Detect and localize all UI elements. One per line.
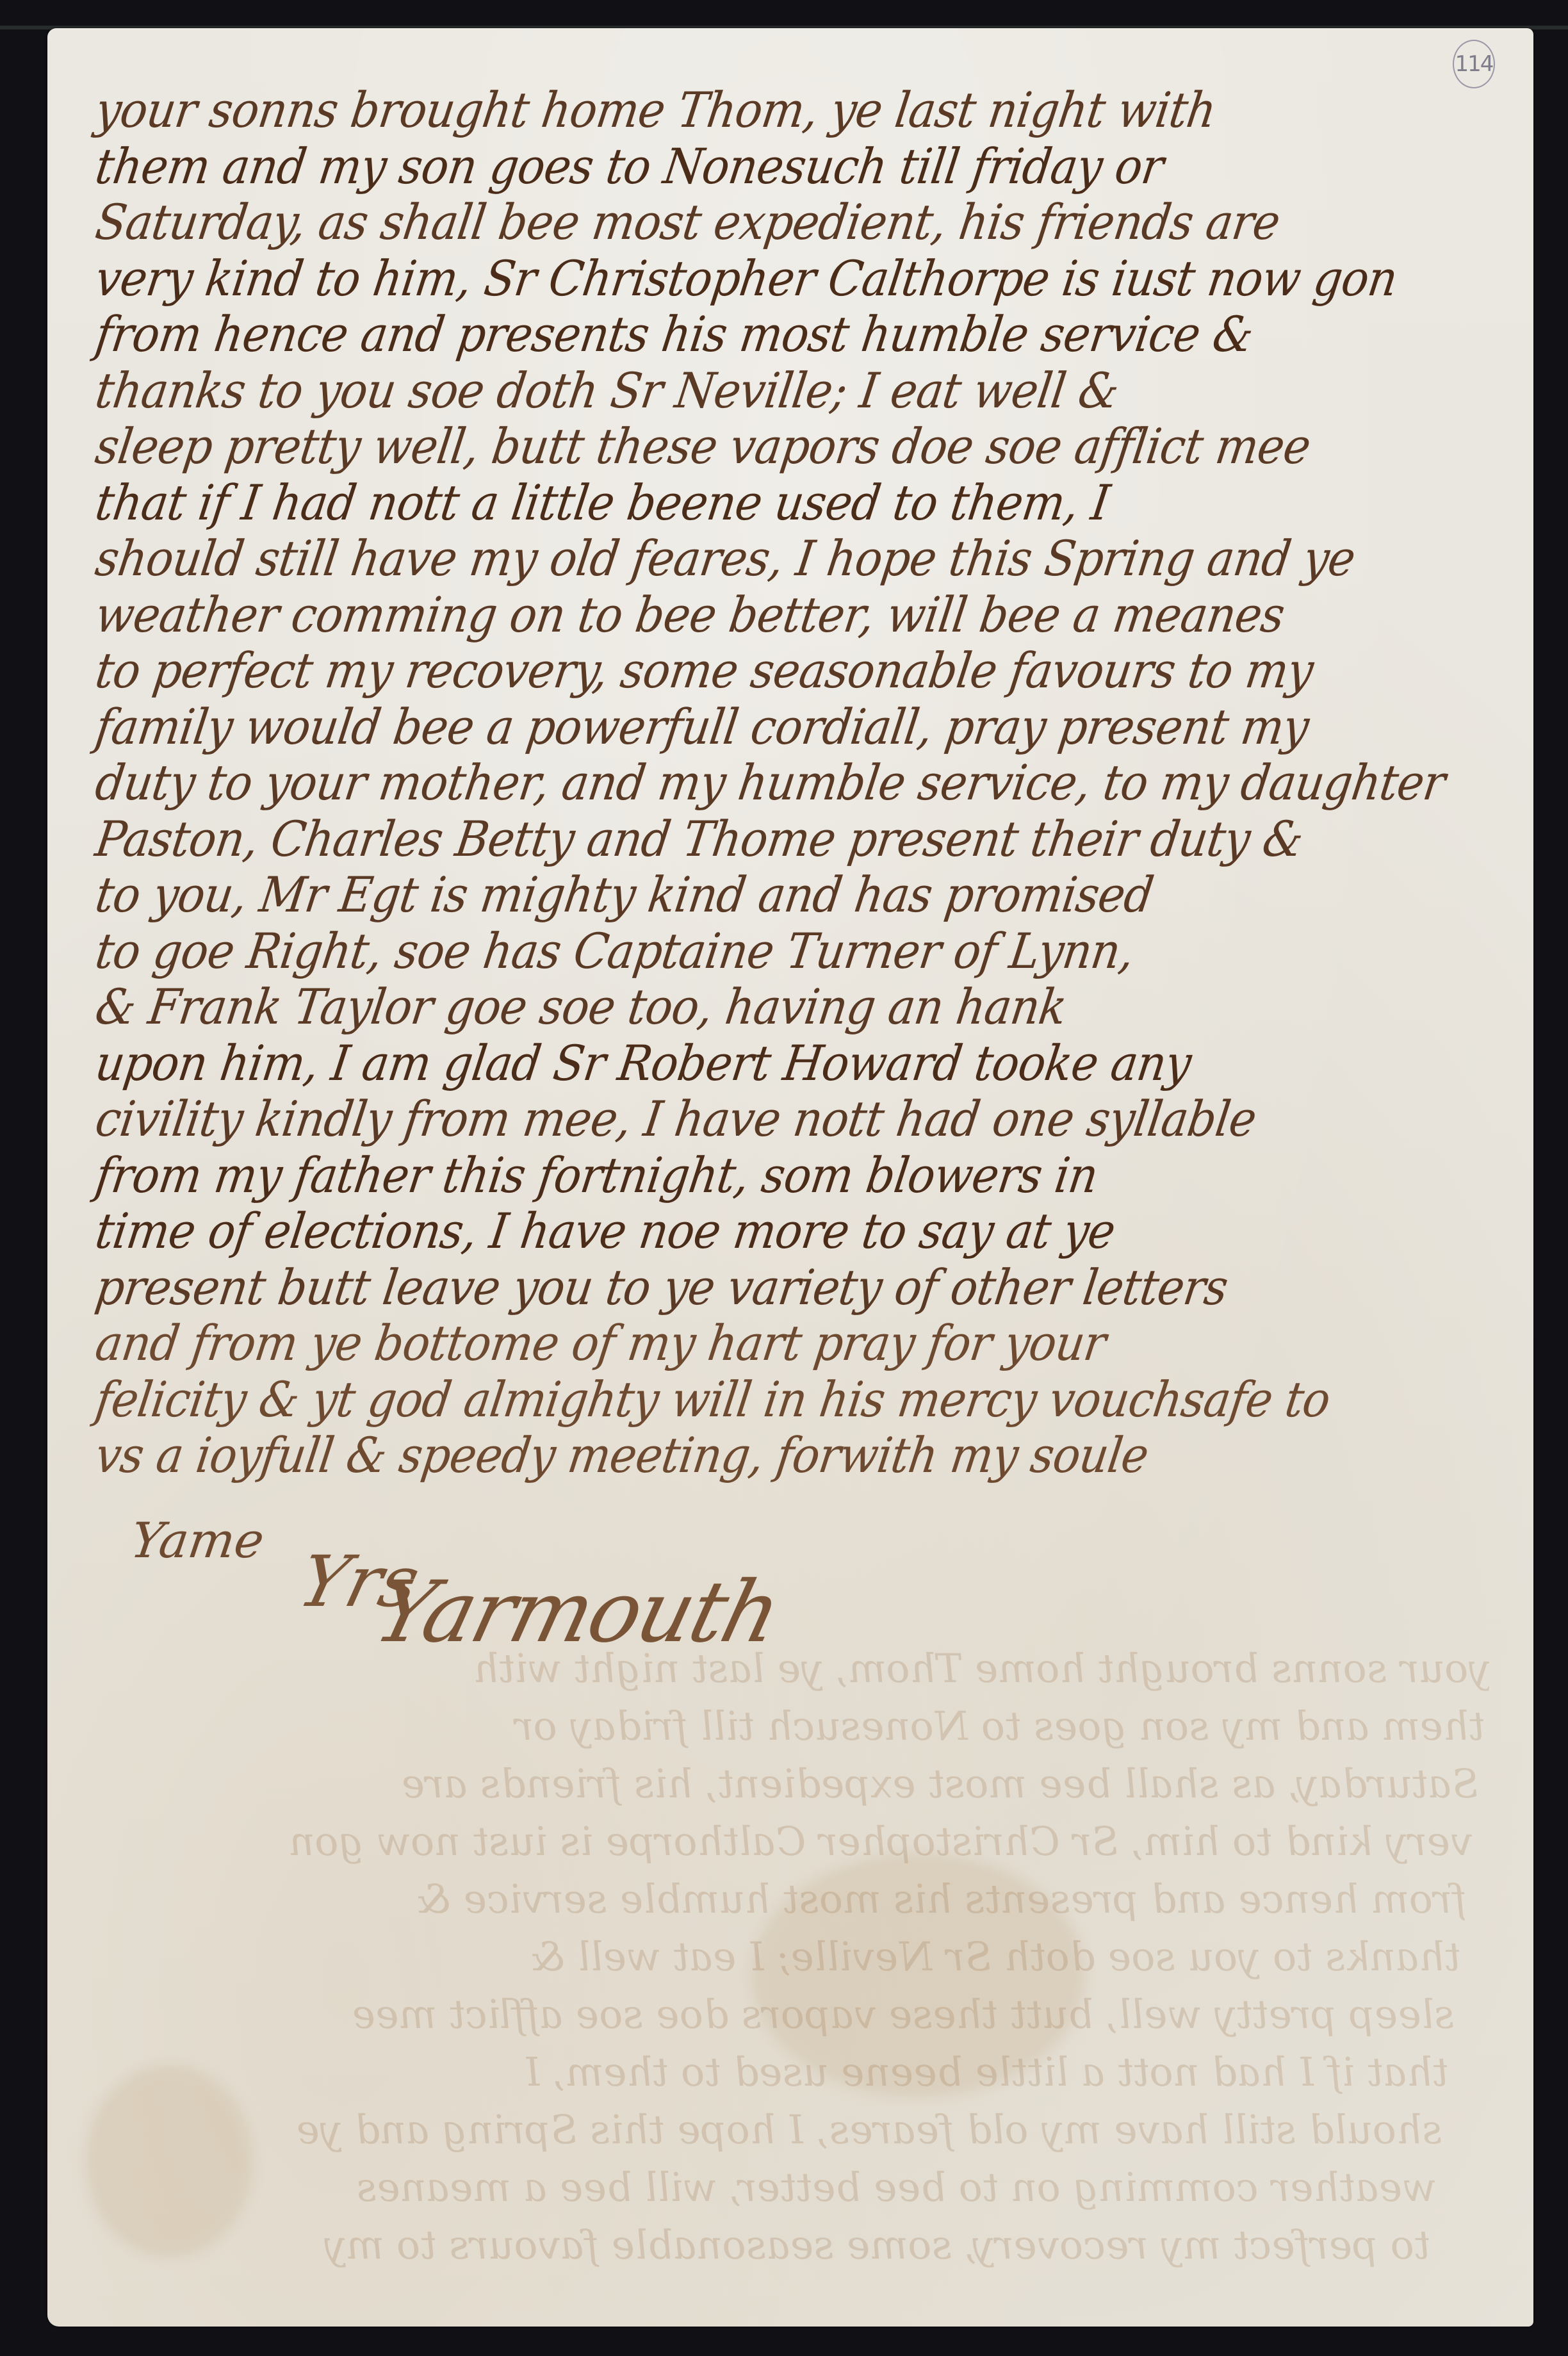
letter-line: to you, Mr Egt is mighty kind and has pr… <box>92 867 1420 923</box>
letter-line: weather comming on to bee better, will b… <box>92 587 1420 643</box>
letter-line: duty to your mother, and my humble servi… <box>92 755 1420 811</box>
letter-line: vs a ioyfull & speedy meeting, forwith m… <box>92 1427 1420 1484</box>
letter-line: Saturday, as shall bee most expedient, h… <box>92 194 1420 250</box>
letter-line: that if I had nott a little beene used t… <box>92 475 1420 531</box>
letter-line: sleep pretty well, butt these vapors doe… <box>92 418 1420 475</box>
letter-line: time of elections, I have noe more to sa… <box>92 1203 1420 1259</box>
ink-bleed-through: your sonns brought home Thom, ye last ni… <box>81 1640 1494 2280</box>
letter-line: Paston, Charles Betty and Thome present … <box>92 811 1420 867</box>
letter-line: from my father this fortnight, som blowe… <box>92 1147 1420 1204</box>
letter-body: your sonns brought home Thom, ye last ni… <box>96 82 1531 1484</box>
letter-line: present butt leave you to ye variety of … <box>92 1259 1420 1316</box>
letter-line: to goe Right, soe has Captaine Turner of… <box>92 923 1420 979</box>
letter-line: them and my son goes to Nonesuch till fr… <box>92 138 1420 195</box>
letter-line: family would bee a powerfull cordiall, p… <box>92 699 1420 755</box>
letter-line: civility kindly from mee, I have nott ha… <box>92 1091 1420 1147</box>
letter-line: to perfect my recovery, some seasonable … <box>92 642 1420 699</box>
letter-line: felicity & yt god almighty will in his m… <box>92 1371 1420 1428</box>
letter-line: should still have my old feares, I hope … <box>92 530 1420 587</box>
letter-line: & Frank Taylor goe soe too, having an ha… <box>92 979 1420 1035</box>
letter-line: upon him, I am glad Sr Robert Howard too… <box>92 1035 1420 1092</box>
letter-line: very kind to him, Sr Christopher Calthor… <box>92 250 1420 307</box>
folio-number-circled: 114 <box>1453 40 1495 88</box>
letter-line: thanks to you soe doth Sr Neville; I eat… <box>92 363 1420 419</box>
letter-line: and from ye bottome of my hart pray for … <box>92 1315 1420 1371</box>
closing-word: Yame <box>127 1512 268 1569</box>
letter-line: from hence and presents his most humble … <box>92 306 1420 363</box>
letter-line: your sonns brought home Thom, ye last ni… <box>92 82 1420 138</box>
